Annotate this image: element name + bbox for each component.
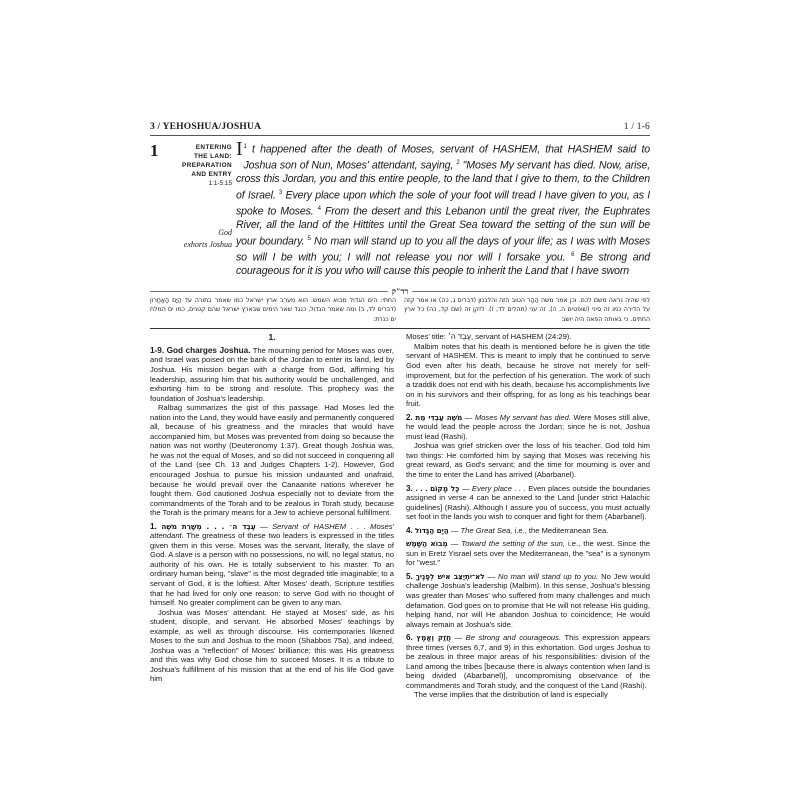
entry-hebrew: חֲזַק וֶאֱמָץ	[416, 633, 451, 642]
commentary-entry: 2. מֹשֶׁה עַבְדִּי מֵת — Moses My servan…	[406, 413, 650, 442]
commentary-paragraph: The verse implies that the distribution …	[406, 690, 650, 700]
entry-hebrew: כָּל מָקוֹם	[430, 484, 459, 493]
entry-text: The greatness of these two leaders is ex…	[150, 531, 394, 607]
entry-lemma: 6.	[406, 633, 413, 642]
verse-number: 4	[318, 206, 321, 212]
entry-gloss: — No man will stand up to you.	[485, 572, 599, 581]
verse-number: 6	[571, 252, 574, 258]
radak-left-column: החתי: הים הגדול מבוא השמש. הוא מערב ארץ …	[150, 296, 396, 325]
entry-lemma: 1.	[150, 522, 157, 531]
entry-gloss: — Moses My servant has died.	[462, 413, 571, 422]
section-title: ENTERING THE LAND: PREPARATION AND ENTRY…	[182, 143, 232, 188]
entry-gloss: — Toward the setting of the sun,	[448, 539, 565, 548]
entry-hebrew: עֶבֶד ה׳ . . . מְשָׁרֵת מֹשֶׁה	[161, 522, 255, 531]
radak-commentary: לפי שהיה נראה משם לכם. וכן אמר משה הַהָר…	[150, 296, 650, 330]
commentary-paragraph: Joshua was grief stricken over the loss …	[406, 441, 650, 479]
verse-block: 1 ENTERING THE LAND: PREPARATION AND ENT…	[150, 141, 650, 279]
radak-right-column: לפי שהיה נראה משם לכם. וכן אמר משה הַהָר…	[404, 296, 650, 325]
running-head-left: 3 / YEHOSHUA/JOSHUA	[150, 122, 261, 132]
entry-gloss: — The Great Sea,	[449, 526, 513, 535]
section-title-line: ENTERING	[182, 143, 232, 152]
chapter-number: 1	[150, 141, 159, 161]
commentary-entry: 1-9. God charges Joshua. The mourning pe…	[150, 346, 394, 403]
commentary-paragraph: Malbim notes that his death is mentioned…	[406, 342, 650, 409]
radak-label: רד"ק	[388, 287, 413, 296]
verse-number: 1	[244, 144, 247, 150]
side-note: God exhorts Joshua	[184, 227, 232, 250]
entry-lemma: 2.	[406, 413, 413, 422]
commentary-entry: 3. . . . כָּל מָקוֹם — Every place . . .…	[406, 484, 650, 522]
divider-line	[412, 291, 650, 292]
commentary-entry: 1. עֶבֶד ה׳ . . . מְשָׁרֵת מֹשֶׁה — Serv…	[150, 522, 394, 608]
commentary-entry: 6. חֲזַק וֶאֱמָץ — Be strong and courage…	[406, 633, 650, 690]
section-title-line: AND ENTRY	[182, 170, 232, 179]
entry-gloss: — Every place . . .	[459, 484, 525, 493]
side-note-line: God	[184, 227, 232, 239]
entry-hebrew: הַיָּם הַגָּדוֹל	[415, 526, 449, 535]
entry-lemma: 4.	[406, 526, 413, 535]
verse-number: 2	[456, 160, 459, 166]
commentary-paragraph: Moses' title: עֶבֶד ה׳, servant of HASHE…	[406, 332, 650, 342]
verse-number: 5	[308, 236, 311, 242]
entry-lemma: 5.	[406, 572, 413, 581]
entry-hebrew: מֹשֶׁה עַבְדִּי מֵת	[415, 413, 462, 422]
margin-sidebar: 1 ENTERING THE LAND: PREPARATION AND ENT…	[150, 141, 236, 251]
commentary-right-column: Moses' title: עֶבֶד ה׳, servant of HASHE…	[406, 332, 650, 700]
commentary-chapter-heading: 1.	[150, 333, 394, 343]
drop-cap: I	[236, 141, 243, 158]
section-title-line: THE LAND:	[182, 152, 232, 161]
commentary-left-column: 1. 1-9. God charges Joshua. The mourning…	[150, 332, 394, 700]
entry-text: i.e., the Mediterranean Sea.	[512, 526, 608, 535]
running-head: 3 / YEHOSHUA/JOSHUA 1 / 1-6	[150, 122, 650, 136]
commentary-entry: 5. לֹא־יִתְיַצֵּב אִישׁ לְפָנֶיךָ — No m…	[406, 572, 650, 629]
section-range: 1:1-5:15	[182, 179, 232, 188]
running-head-right: 1 / 1-6	[624, 122, 650, 132]
entry-hebrew: מְבוֹא הַשָּׁמֶשׁ	[406, 539, 448, 548]
entry-lemma: 1-9. God charges Joshua.	[150, 346, 250, 355]
divider-line	[150, 291, 388, 292]
entry-lemma: 3. . . .	[406, 484, 428, 493]
english-commentary: 1. 1-9. God charges Joshua. The mourning…	[150, 332, 650, 700]
book-page: 3 / YEHOSHUA/JOSHUA 1 / 1-6 1 ENTERING T…	[150, 122, 650, 700]
commentary-entry: 4. הַיָּם הַגָּדוֹל — The Great Sea, i.e…	[406, 526, 650, 536]
radak-divider: רד"ק	[150, 287, 650, 296]
entry-gloss: — Be strong and courageous.	[451, 633, 561, 642]
entry-hebrew: לֹא־יִתְיַצֵּב אִישׁ לְפָנֶיךָ	[416, 572, 485, 581]
commentary-paragraph: Ralbag summarizes the gist of this passa…	[150, 403, 394, 518]
verse-number: 3	[279, 190, 282, 196]
commentary-entry: מְבוֹא הַשָּׁמֶשׁ — Toward the setting o…	[406, 539, 650, 568]
side-note-line: exhorts Joshua	[184, 239, 232, 251]
section-title-line: PREPARATION	[182, 161, 232, 170]
commentary-paragraph: Joshua was Moses' attendant. He stayed a…	[150, 608, 394, 684]
verse-translation: 1 It happened after the death of Moses, …	[236, 141, 650, 279]
